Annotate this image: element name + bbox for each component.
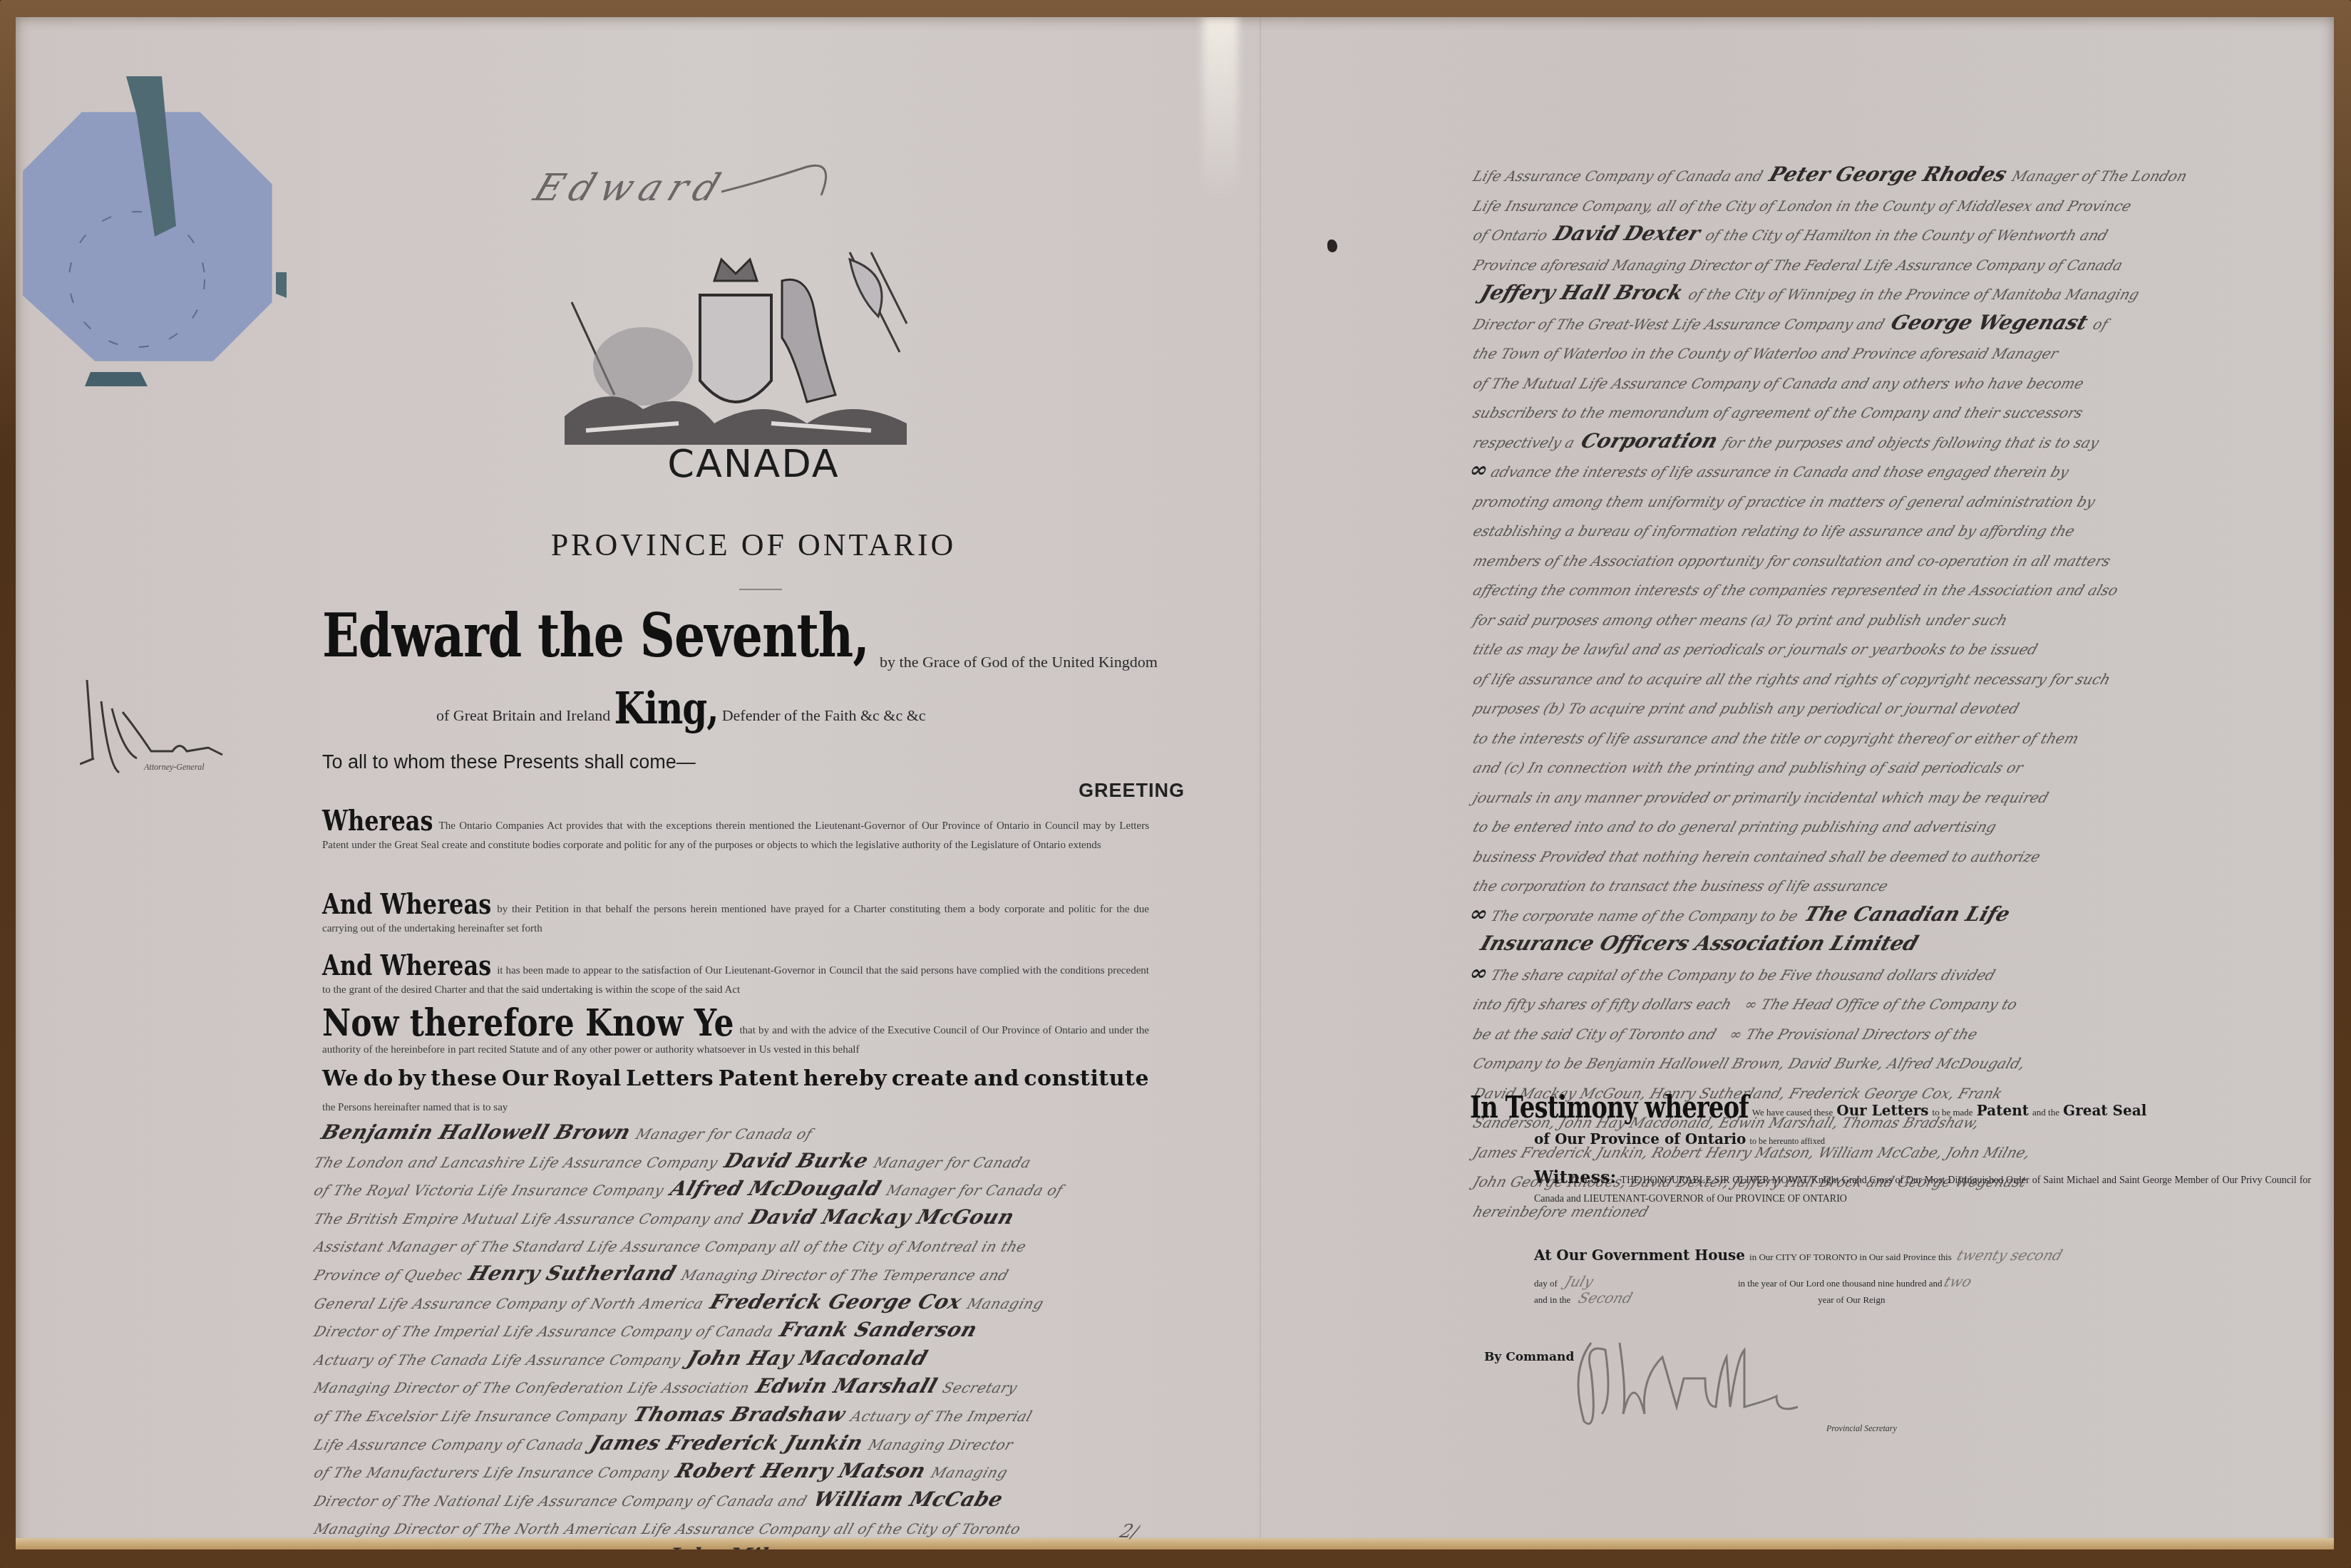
handwritten-text [2089, 730, 2095, 747]
person-name [2099, 488, 2106, 512]
person-name: David Mackay McGoun [746, 1205, 1017, 1229]
date-line: day of July in the year of Our Lord one … [1534, 1273, 1971, 1290]
handwritten-text: affecting the common interests of the co… [1471, 582, 2120, 599]
handwritten-text: Province aforesaid Managing Director of … [1471, 257, 2125, 274]
handwritten-text [2007, 818, 2013, 835]
to-all-line: To all to whom these Presents shall come… [322, 751, 696, 773]
handwritten-text: The London and Lancashire Life Assurance… [312, 1154, 720, 1171]
page-fold [1260, 17, 1261, 1549]
person-name: David Dexter [1551, 222, 1704, 245]
handwritten-line: the Town of Waterloo in the County of Wa… [1465, 337, 2322, 367]
handwritten-line: affecting the common interests of the co… [1465, 574, 2322, 604]
handwritten-year: two [1942, 1273, 1974, 1290]
handwritten-text: Manager of The London [2010, 167, 2189, 185]
handwritten-text: be at the said City of Toronto and [1471, 1026, 1719, 1043]
testimony-text: and the [2032, 1107, 2059, 1118]
handwritten-text: Life Insurance Company, all of the City … [1471, 197, 2134, 215]
person-name: Insurance Officers Association Limited [1478, 932, 1922, 955]
person-name: James Frederick Junkin [587, 1431, 866, 1455]
handwritten-text: of The Royal Victoria Life Insurance Com… [312, 1182, 666, 1199]
handwritten-line: purposes (b) To acquire print and publis… [1465, 692, 2322, 722]
handwritten-text [312, 1125, 317, 1143]
person-name [2126, 252, 2134, 275]
handwritten-text [2094, 404, 2099, 421]
person-name [2082, 725, 2090, 748]
handwritten-text: of [2091, 316, 2110, 333]
handwritten-text [2041, 1144, 2047, 1161]
person-name [2135, 192, 2143, 216]
handwritten-text: of The Excelsior Life Insurance Company [312, 1408, 629, 1425]
handwritten-text: Managing Director of The Confederation L… [312, 1379, 751, 1396]
handwritten-text: of life assurance and to acquire all the… [1471, 671, 2112, 688]
recital-lead: And Whereas [322, 954, 491, 977]
handwritten-text [2030, 700, 2036, 717]
person-name [1735, 991, 1743, 1014]
handwritten-text: Managing Director of The Temperance and [679, 1267, 1012, 1284]
paragraph-ornament-icon [1466, 280, 1473, 305]
reign-pre-label: and in the [1534, 1294, 1570, 1305]
handwritten-line: to be entered into and to do general pri… [1465, 810, 2322, 840]
handwritten-line: Managing Director of The North American … [311, 1513, 1175, 1542]
handwritten-text [1899, 877, 1905, 894]
handwritten-text: Actuary of The Canada Life Assurance Com… [312, 1351, 683, 1368]
handwritten-line: Life Assurance Company of CanadaJames Fr… [311, 1429, 1175, 1458]
person-name: John Milne [664, 1544, 799, 1549]
handwritten-text: the Town of Waterloo in the County of Wa… [1471, 345, 2060, 362]
person-name [2087, 370, 2095, 393]
person-name: Henry Sutherland [466, 1262, 679, 1285]
handwritten-text [2013, 907, 2019, 924]
seal-icon [23, 73, 287, 386]
handwritten-text: subscribers to the memorandum of agreeme… [1471, 404, 2085, 421]
persons-intro: the Persons hereinafter named that is to… [322, 1102, 508, 1114]
person-name: Benjamin Hallowell Brown [319, 1120, 634, 1144]
person-name [1030, 1233, 1038, 1257]
royal-word: We [322, 1066, 359, 1091]
handwritten-text: purposes (b) To acquire print and publis… [1471, 700, 2021, 717]
handwritten-text: Assistant Manager of The Standard Life A… [312, 1238, 1029, 1255]
testimony-text: We have caused these [1752, 1107, 1833, 1118]
royal-word: do [364, 1066, 393, 1091]
attorney-general-signature-block: Attorney-General [73, 673, 258, 794]
royal-word: and [974, 1066, 1019, 1091]
testimony-text: to be made [1933, 1107, 1973, 1118]
witness-lead: Witness: [1534, 1167, 1616, 1187]
clerk-signature: Edward [528, 167, 733, 210]
person-name: Corporation [1578, 429, 1721, 453]
year-text: in the year of Our Lord one thousand nin… [1738, 1278, 1943, 1289]
handwritten-text [1037, 1238, 1043, 1255]
handwritten-text [2129, 582, 2135, 599]
handwritten-text: Managing [965, 1295, 1046, 1312]
attorney-general-label: Attorney-General [144, 762, 205, 773]
heading-canada: CANADA [322, 441, 1185, 486]
handwritten-line: The London and Lancashire Life Assurance… [311, 1147, 1175, 1175]
royal-word: Letters [626, 1066, 714, 1091]
handwritten-reign-year: Second [1576, 1289, 1635, 1306]
document-paper: Attorney-General Edward [16, 17, 2334, 1549]
handwritten-text: Manager for Canada [872, 1154, 1034, 1171]
handwritten-line: respectively aCorporationfor the purpose… [1465, 426, 2322, 456]
handwritten-text [2095, 375, 2101, 392]
handwritten-text: Managing Director of The North American … [312, 1520, 1023, 1537]
royal-word: Our [502, 1066, 548, 1091]
person-name [2034, 1139, 2042, 1162]
witness-clause: Witness:THE HONOURABLE SIR OLIVER MOWAT … [1534, 1168, 2311, 1209]
seal-of-province: of Our Province of Ontario [1534, 1130, 1746, 1147]
handwritten-day: twenty second [1955, 1247, 2064, 1264]
handwritten-text: respectively a [1471, 434, 1577, 451]
handwritten-text: members of the Association opportunity f… [1471, 552, 2113, 569]
person-name: John Hay Macdonald [684, 1346, 931, 1370]
person-name [2000, 813, 2007, 837]
handwritten-line: Province of QuebecHenry SutherlandManagi… [311, 1259, 1175, 1288]
handwritten-text [2086, 522, 2092, 540]
handwritten-line: ∞The share capital of the Company to be … [1465, 959, 2322, 989]
royal-word: constitute [1024, 1066, 1149, 1091]
person-name [2078, 517, 2086, 541]
handwritten-text: for the purposes and objects following t… [1721, 434, 2102, 451]
royal-letters-line: We do by these Our Royal Letters Patent … [322, 1066, 1149, 1091]
handwritten-line: Assistant Manager of The Standard Life A… [311, 1231, 1175, 1259]
handwritten-line: and (c) In connection with the printing … [1465, 751, 2322, 781]
handwritten-text [2143, 197, 2149, 215]
handwritten-line: in the County of York and Province of On… [311, 1542, 1175, 1549]
handwritten-line: Actuary of The Canada Life Assurance Com… [311, 1344, 1175, 1373]
handwritten-text: into fifty shares of fifty dollars each [1471, 996, 1734, 1013]
handwritten-line: Director of The Great-West Life Assuranc… [1465, 308, 2322, 338]
reign-line: and in the Second year of Our Reign [1534, 1289, 1885, 1306]
operative-lead: Now therefore Know Ye [322, 1011, 734, 1034]
handwritten-line: into fifty shares of fifty dollars each∞… [1465, 988, 2322, 1018]
recital-lead: Whereas [322, 810, 433, 832]
person-name [2022, 695, 2030, 718]
royal-word: by [398, 1066, 426, 1091]
handwritten-text [2059, 789, 2065, 806]
handwritten-text [2121, 671, 2127, 688]
testimony-emphasis: Our Letters [1836, 1102, 1928, 1119]
handwritten-line: Company to be Benjamin Hallowell Brown, … [1465, 1047, 2322, 1077]
government-house-line: At Our Government Housein Our CITY OF TO… [1534, 1247, 2311, 1264]
handwritten-text: of The Manufacturers Life Insurance Comp… [312, 1464, 672, 1481]
person-name: Alfred McDougald [667, 1177, 884, 1200]
handwritten-line: Director of The National Life Assurance … [311, 1485, 1175, 1514]
handwritten-text [1471, 937, 1476, 954]
handwritten-text: of the City of Hamilton in the County of… [1703, 227, 2110, 244]
handwritten-text: advance the interests of life assurance … [1488, 463, 2071, 480]
recital-text: The Ontario Companies Act provides that … [322, 820, 1149, 851]
handwritten-text: ∞ The Provisional Directors of the [1727, 1026, 1980, 1043]
person-name: Robert Henry Matson [673, 1459, 929, 1482]
royal-word: Royal [553, 1066, 622, 1091]
handwritten-text [931, 1351, 937, 1368]
person-name: William McCabe [811, 1487, 1007, 1511]
handwritten-line: Managing Director of The Confederation L… [311, 1372, 1175, 1401]
handwritten-line: Director of The Imperial Life Assurance … [311, 1316, 1175, 1344]
handwritten-incorporators: Benjamin Hallowell BrownManager for Cana… [315, 1118, 1171, 1549]
handwritten-text [2049, 641, 2054, 658]
recital-paragraph: And Whereasby their Petition in that beh… [322, 895, 1149, 939]
handwritten-line: title as may be lawful and as periodical… [1465, 633, 2322, 663]
handwritten-text [2080, 463, 2086, 480]
person-name [2062, 340, 2069, 363]
handwritten-line: of life assurance and to acquire all the… [1465, 663, 2322, 693]
royal-word: create [892, 1066, 969, 1091]
handwritten-text: business Provided that nothing herein co… [1471, 848, 2042, 865]
person-name: Frank Sanderson [777, 1318, 981, 1341]
handwritten-text: title as may be lawful and as periodical… [1471, 641, 2039, 658]
handwritten-line: promoting among them uniformity of pract… [1465, 485, 2322, 515]
paragraph-ornament-icon: ∞ [1466, 458, 1491, 483]
handwritten-month: July [1563, 1273, 1595, 1290]
person-name: Peter George Rhodes [1766, 163, 2010, 186]
handwritten-text [2036, 1055, 2042, 1072]
handwritten-text: Life Assurance Company of Canada [312, 1436, 586, 1453]
royal-word: these [431, 1066, 497, 1091]
handwritten-line: for said purposes among other means (a) … [1465, 604, 2322, 634]
heading-province: PROVINCE OF ONTARIO [322, 527, 1185, 563]
handwritten-text [1017, 1210, 1023, 1227]
handwritten-text [2069, 345, 2075, 362]
testimony-lead: In Testimony whereof [1470, 1090, 1749, 1125]
handwritten-line: establishing a bureau of information rel… [1465, 515, 2322, 545]
handwritten-line: of The Mutual Life Assurance Company of … [1465, 367, 2322, 397]
paragraph-ornament-icon: ∞ [1466, 961, 1491, 986]
handwritten-text: in the County of York and Province of On… [312, 1549, 663, 1549]
person-name [2044, 843, 2052, 867]
sovereign-line: Edward the Seventh, by the Grace of God … [322, 614, 1158, 671]
person-name [2072, 458, 2080, 482]
handwritten-text [1921, 937, 1927, 954]
handwritten-text [2121, 552, 2127, 569]
handwritten-text: Manager of The Northern [799, 1549, 1000, 1549]
handwritten-line: be at the said City of Toronto and∞ The … [1465, 1018, 2322, 1048]
handwritten-text: ∞ The Head Office of the Company to [1742, 996, 2020, 1013]
testimony-emphasis: Great Seal [2063, 1102, 2146, 1119]
handwritten-line: journals in any manner provided or prima… [1465, 781, 2322, 811]
operative-paragraph: Now therefore Know Yethat by and with th… [322, 1013, 1149, 1060]
handwritten-line: Life Insurance Company, all of the City … [1465, 190, 2322, 220]
person-name: Jeffery Hall Brock [1478, 281, 1687, 304]
handwritten-line: of The Royal Victoria Life Insurance Com… [311, 1175, 1175, 1203]
handwritten-text: the corporation to transact the business… [1471, 877, 1890, 894]
ink-speck [1327, 239, 1337, 252]
handwritten-text [2052, 848, 2057, 865]
handwritten-text: for said purposes among other means (a) … [1471, 612, 2010, 629]
seal-affixed-text: to be hereunto affixed [1750, 1136, 1825, 1146]
handwritten-line: to the interests of life assurance and t… [1465, 722, 2322, 752]
handwritten-text: Actuary of The Imperial [848, 1408, 1034, 1425]
handwritten-line: ∞The corporate name of the Company to be… [1465, 899, 2322, 929]
person-name: David Burke [721, 1149, 872, 1172]
handwritten-text [1032, 1520, 1038, 1537]
handwritten-line: business Provided that nothing herein co… [1465, 840, 2322, 870]
person-name: Thomas Bradshaw [631, 1403, 849, 1426]
person-name [2052, 784, 2059, 808]
witness-text: THE HONOURABLE SIR OLIVER MOWAT Knight G… [1534, 1175, 2311, 1205]
recital-paragraph: And Whereasit has been made to appear to… [322, 956, 1149, 1000]
royal-word: Patent [719, 1066, 799, 1091]
handwritten-line: of OntarioDavid Dexterof the City of Ham… [1465, 219, 2322, 249]
recital-lead: And Whereas [322, 893, 491, 916]
handwritten-text: Life Assurance Company of Canada and [1471, 167, 1765, 185]
person-name [1891, 872, 1899, 896]
divider [739, 589, 782, 590]
person-name: George Wegenast [1888, 311, 2091, 334]
handwritten-text: Province of Quebec [312, 1267, 465, 1284]
seal-of-province-line: of Our Province of Ontario to be hereunt… [1534, 1130, 1825, 1147]
king-pre-text: of Great Britain and Ireland [436, 706, 610, 724]
handwritten-text: establishing a bureau of information rel… [1471, 522, 2077, 540]
handwritten-text: Director of The National Life Assurance … [312, 1492, 809, 1510]
royal-word: hereby [803, 1066, 887, 1091]
government-house-text: in Our CITY OF TORONTO in Our said Provi… [1749, 1252, 1952, 1262]
handwritten-text: journals in any manner provided or prima… [1471, 789, 2050, 806]
handwritten-text [1006, 1492, 1012, 1510]
glass-glare [1203, 17, 1238, 202]
handwritten-text: of The Mutual Life Assurance Company of … [1471, 375, 2086, 392]
paragraph-ornament-icon [1466, 931, 1473, 956]
handwritten-line: The British Empire Mutual Life Assurance… [311, 1203, 1175, 1232]
picture-frame: Attorney-General Edward [0, 0, 2351, 1568]
handwritten-text: promoting among them uniformity of pract… [1471, 493, 2097, 510]
handwritten-line: members of the Association opportunity f… [1465, 545, 2322, 574]
handwritten-text: Managing [929, 1464, 1010, 1481]
handwritten-line: Benjamin Hallowell BrownManager for Cana… [311, 1118, 1175, 1147]
reign-post-label: year of Our Reign [1818, 1294, 1885, 1305]
handwritten-text [2106, 493, 2112, 510]
handwritten-text: Managing Director [866, 1436, 1015, 1453]
handwritten-text [1471, 286, 1476, 303]
handwritten-text: The share capital of the Company to be F… [1488, 966, 1997, 984]
handwritten-text: to the interests of life assurance and t… [1471, 730, 2081, 747]
sovereign-name: Edward the Seventh, [322, 600, 869, 671]
provincial-secretary-signature-icon [1563, 1329, 1826, 1435]
handwritten-text: The British Empire Mutual Life Assurance… [312, 1210, 745, 1227]
handwritten-line: Jeffery Hall Brockof the City of Winnipe… [1465, 278, 2322, 308]
person-name [1024, 1515, 1032, 1539]
testimony-clause: In Testimony whereof We have caused thes… [1470, 1093, 2311, 1122]
handwritten-line: Life Assurance Company of Canada andPete… [1465, 160, 2322, 190]
handwritten-text: Manager for Canada of [634, 1125, 815, 1143]
handwritten-text: Director of The Great-West Life Assuranc… [1471, 316, 1887, 333]
handwritten-text: Secretary [940, 1379, 1019, 1396]
handwritten-text [2019, 612, 2025, 629]
handwritten-text: to be entered into and to do general pri… [1471, 818, 1998, 835]
person-name: Frederick George Cox [707, 1290, 965, 1314]
recital-paragraph: WhereasThe Ontario Companies Act provide… [322, 812, 1149, 855]
person-name [1999, 961, 2007, 985]
handwritten-text [2006, 966, 2012, 984]
king-line: of Great Britain and Ireland King, Defen… [436, 687, 926, 729]
handwritten-text: The corporate name of the Company to be [1488, 907, 1800, 924]
handwritten-line: subscribers to the memorandum of agreeme… [1465, 396, 2322, 426]
handwritten-text: Company to be Benjamin Hallowell Brown, … [1471, 1055, 2027, 1072]
person-name [2114, 547, 2121, 571]
handwritten-objects-clauses: Life Assurance Company of Canada andPete… [1470, 160, 2318, 1224]
handwritten-text: Director of The Imperial Life Assurance … [312, 1323, 776, 1340]
handwritten-line: General Life Assurance Company of North … [311, 1288, 1175, 1316]
government-house-lead: At Our Government House [1534, 1247, 1745, 1264]
person-name [2011, 607, 2019, 630]
handwritten-text: of the City of Winnipeg in the Province … [1686, 286, 2141, 303]
by-command-label: By Command [1484, 1350, 1574, 1364]
handwritten-text: and (c) In connection with the printing … [1471, 759, 2025, 776]
person-name [2087, 399, 2094, 423]
handwritten-line: the corporation to transact the business… [1465, 870, 2322, 899]
wax-seal-with-ribbon [23, 73, 287, 386]
person-name [2114, 666, 2121, 689]
person-name [2029, 1050, 2037, 1073]
handwritten-text: of Ontario [1471, 227, 1550, 244]
person-name [2041, 636, 2049, 659]
person-name: The Canadian Life [1801, 902, 2013, 926]
person-name [1719, 1021, 1727, 1044]
day-of-label: day of [1534, 1278, 1558, 1289]
testimony-emphasis: Patent [1977, 1102, 2029, 1119]
handwritten-line: Insurance Officers Association Limited [1465, 929, 2322, 959]
by-command: By Command [1484, 1350, 1574, 1364]
handwritten-text [980, 1323, 986, 1340]
paragraph-ornament-icon: ∞ [1466, 902, 1491, 927]
person-name [2121, 577, 2129, 600]
coat-of-arms-icon [536, 210, 935, 452]
person-name [2027, 754, 2034, 778]
person-name: Edwin Marshall [753, 1374, 940, 1398]
greeting: GREETING [1079, 780, 1185, 802]
handwritten-text: General Life Assurance Company of North … [312, 1295, 706, 1312]
handwritten-text: Manager for Canada of [884, 1182, 1065, 1199]
king-word: King, [614, 682, 718, 735]
handwritten-line: ∞advance the interests of life assurance… [1465, 455, 2322, 485]
handwritten-text [2034, 759, 2039, 776]
provincial-secretary-label: Provincial Secretary [1826, 1423, 1897, 1434]
handwritten-text [2134, 257, 2139, 274]
signature-flourish-icon [721, 160, 835, 202]
handwritten-line: of The Manufacturers Life Insurance Comp… [311, 1457, 1175, 1485]
handwritten-line: Province aforesaid Managing Director of … [1465, 249, 2322, 279]
king-post-text: Defender of the Faith &c &c &c [722, 706, 926, 724]
royal-coat-of-arms [536, 210, 935, 452]
sovereign-grace-text: by the Grace of God of the United Kingdo… [880, 653, 1158, 671]
handwritten-line: of The Excelsior Life Insurance CompanyT… [311, 1401, 1175, 1429]
